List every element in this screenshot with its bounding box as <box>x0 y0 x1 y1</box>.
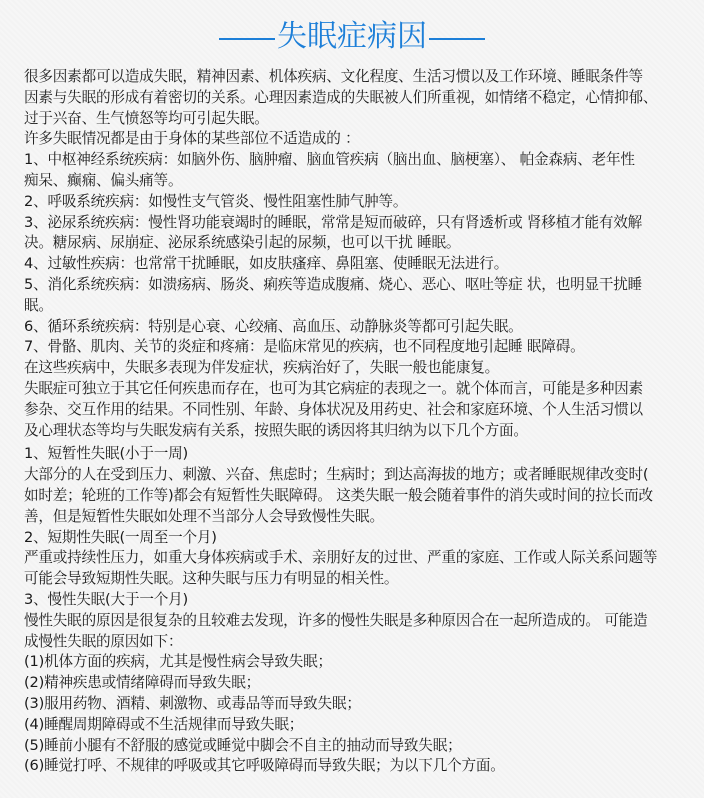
list-item-line: 痴呆、癫痫、偏头痛等。 <box>24 171 688 192</box>
article-body: 很多因素都可以造成失眠，精神因素、机体疾病、文化程度、生活习惯以及工作环境、睡眠… <box>24 67 688 777</box>
paragraph-line: 大部分的人在受到压力、刺激、兴奋、焦虑时；生病时；到达高海拔的地方；或者睡眠规律… <box>24 465 688 486</box>
list-item-line: (5)睡前小腿有不舒服的感觉或睡觉中脚会不自主的抽动而导致失眠； <box>24 736 688 757</box>
paragraph-line: 及心理状态等均与失眠发病有关系，按照失眠的诱因将其归纳为以下几个方面。 <box>24 421 688 442</box>
paragraph-line: 过于兴奋、生气愤怒等均可引起失眠。 <box>24 109 688 130</box>
paragraph-line: 失眠症可独立于其它任何疾患而存在，也可为其它病症的表现之一。就个体而言，可能是多… <box>24 379 688 400</box>
paragraph-line: 慢性失眠的原因是很复杂的且较难去发现，许多的慢性失眠是多种原因合在一起所造成的。… <box>24 611 688 632</box>
paragraph-line: 许多失眠情况都是由于身体的某些部位不适造成的 ： <box>24 129 688 150</box>
paragraph-line: 成慢性失眠的原因如下： <box>24 632 688 653</box>
list-item-line: 决。糖尿病、尿崩症、泌尿系统感染引起的尿频，也可以干扰 睡眠。 <box>24 233 688 254</box>
list-item-line: 6、循环系统疾病：特别是心衰、心绞痛、高血压、动静脉炎等都可引起失眠。 <box>24 317 688 338</box>
paragraph-line: 如时差；轮班的工作等)都会有短暂性失眠障碍。 这类失眠一般会随着事件的消失或时间… <box>24 486 688 507</box>
list-item-line: 2、呼吸系统疾病：如慢性支气管炎、慢性阻塞性肺气肿等。 <box>24 192 688 213</box>
paragraph-line: 在这些疾病中，失眠多表现为伴发症状，疾病治好了，失眠一般也能康复。 <box>24 358 688 379</box>
section-heading: 2、短期性失眠(一周至一个月) <box>24 528 688 549</box>
list-item-line: 7、骨骼、肌肉、关节的炎症和疼痛：是临床常见的疾病，也不同程度地引起睡 眠障碍。 <box>24 337 688 358</box>
section-heading: 3、慢性失眠(大于一个月) <box>24 590 688 611</box>
paragraph-line: 参杂、交互作用的结果。不同性别、年龄、身体状况及用药史、社会和家庭环境、个人生活… <box>24 400 688 421</box>
page-header: 失眠症病因 <box>0 14 704 60</box>
page-title-text: 失眠症病因 <box>277 14 427 60</box>
list-item-line: 眠。 <box>24 296 688 317</box>
list-item-line: (6)睡觉打呼、不规律的呼吸或其它呼吸障碍而导致失眠；为以下几个方面。 <box>24 756 688 777</box>
list-item-line: (4)睡醒周期障碍或不生活规律而导致失眠； <box>24 715 688 736</box>
list-item-line: (2)精神疾患或情绪障碍而导致失眠； <box>24 673 688 694</box>
list-item-line: 1、中枢神经系统疾病：如脑外伤、脑肿瘤、脑血管疾病（脑出血、脑梗塞）、 帕金森病… <box>24 150 688 171</box>
paragraph-line: 可能会导致短期性失眠。这种失眠与压力有明显的相关性。 <box>24 569 688 590</box>
list-item-line: 3、泌尿系统疾病：慢性肾功能衰竭时的睡眠，常常是短而破碎，只有肾透析或 肾移植才… <box>24 213 688 234</box>
paragraph-line: 善，但是短暂性失眠如处理不当部分人会导致慢性失眠。 <box>24 507 688 528</box>
list-item-line: (1)机体方面的疾病，尤其是慢性病会导致失眠； <box>24 652 688 673</box>
title-right-rule <box>429 38 485 40</box>
list-item-line: 4、过敏性疾病：也常常干扰睡眠，如皮肤瘙痒、鼻阻塞、使睡眠无法进行。 <box>24 254 688 275</box>
paragraph-line: 因素与失眠的形成有着密切的关系。心理因素造成的失眠被人们所重视，如情绪不稳定，心… <box>24 88 688 109</box>
section-heading: 1、短暂性失眠(小于一周) <box>24 444 688 465</box>
paragraph-line: 严重或持续性压力，如重大身体疾病或手术、亲朋好友的过世、严重的家庭、工作或人际关… <box>24 548 688 569</box>
list-item-line: 5、消化系统疾病：如溃疡病、肠炎、痢疾等造成腹痛、烧心、恶心、呕吐等症 状，也明… <box>24 275 688 296</box>
title-left-rule <box>219 38 275 40</box>
paragraph-line: 很多因素都可以造成失眠，精神因素、机体疾病、文化程度、生活习惯以及工作环境、睡眠… <box>24 67 688 88</box>
list-item-line: (3)服用药物、酒精、刺激物、或毒品等而导致失眠； <box>24 694 688 715</box>
page-title: 失眠症病因 <box>217 14 487 60</box>
